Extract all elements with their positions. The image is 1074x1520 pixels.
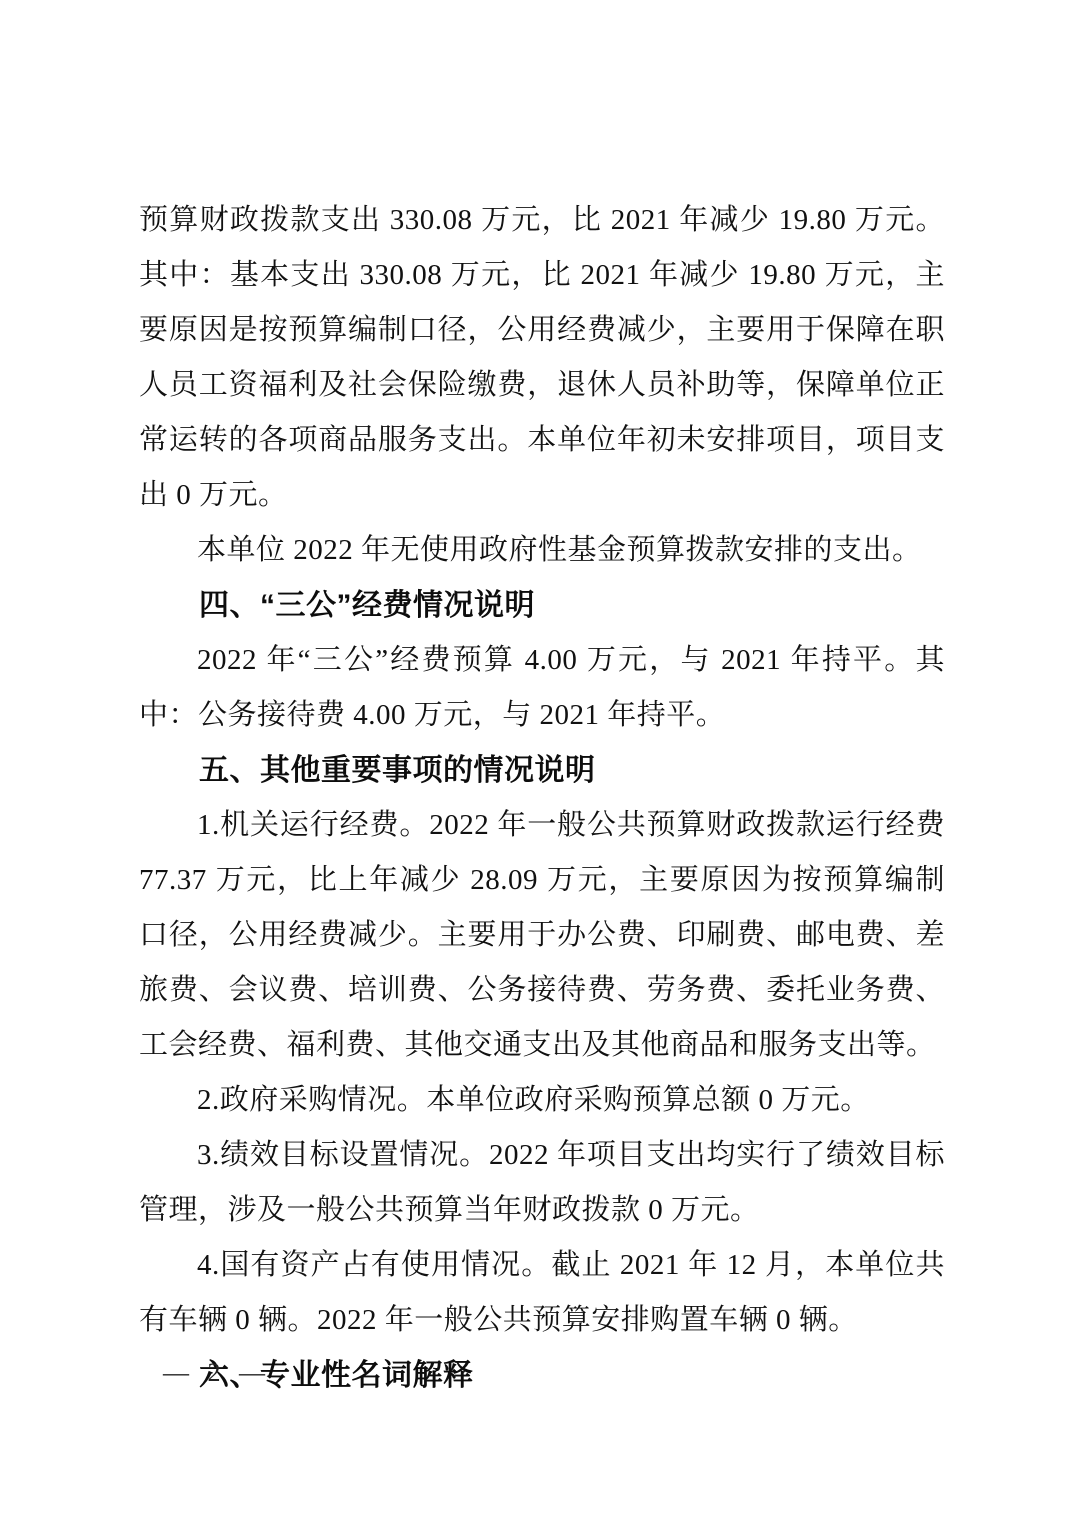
- paragraph-item3-performance-targets: 3.绩效目标设置情况。2022 年项目支出均实行了绩效目标管理，涉及一般公共预算…: [139, 1128, 945, 1238]
- section-heading-five-other-important-matters: 五、其他重要事项的情况说明: [139, 743, 945, 798]
- paragraph-budget-expenditure: 预算财政拨款支出 330.08 万元，比 2021 年减少 19.80 万元。其…: [139, 193, 945, 523]
- page-number: — 2 —: [163, 1358, 271, 1388]
- section-heading-four-three-public-funds: 四、“三公”经费情况说明: [139, 578, 945, 633]
- paragraph-government-fund: 本单位 2022 年无使用政府性基金预算拨款安排的支出。: [139, 523, 945, 578]
- paragraph-item4-state-owned-assets: 4.国有资产占有使用情况。截止 2021 年 12 月，本单位共有车辆 0 辆。…: [139, 1238, 945, 1348]
- paragraph-item1-operating-expenses: 1.机关运行经费。2022 年一般公共预算财政拨款运行经费 77.37 万元，比…: [139, 798, 945, 1073]
- document-body: 预算财政拨款支出 330.08 万元，比 2021 年减少 19.80 万元。其…: [139, 193, 945, 1403]
- paragraph-three-public-funds-detail: 2022 年“三公”经费预算 4.00 万元，与 2021 年持平。其中：公务接…: [139, 633, 945, 743]
- paragraph-item2-government-procurement: 2.政府采购情况。本单位政府采购预算总额 0 万元。: [139, 1073, 945, 1128]
- document-page: 预算财政拨款支出 330.08 万元，比 2021 年减少 19.80 万元。其…: [0, 0, 1074, 1520]
